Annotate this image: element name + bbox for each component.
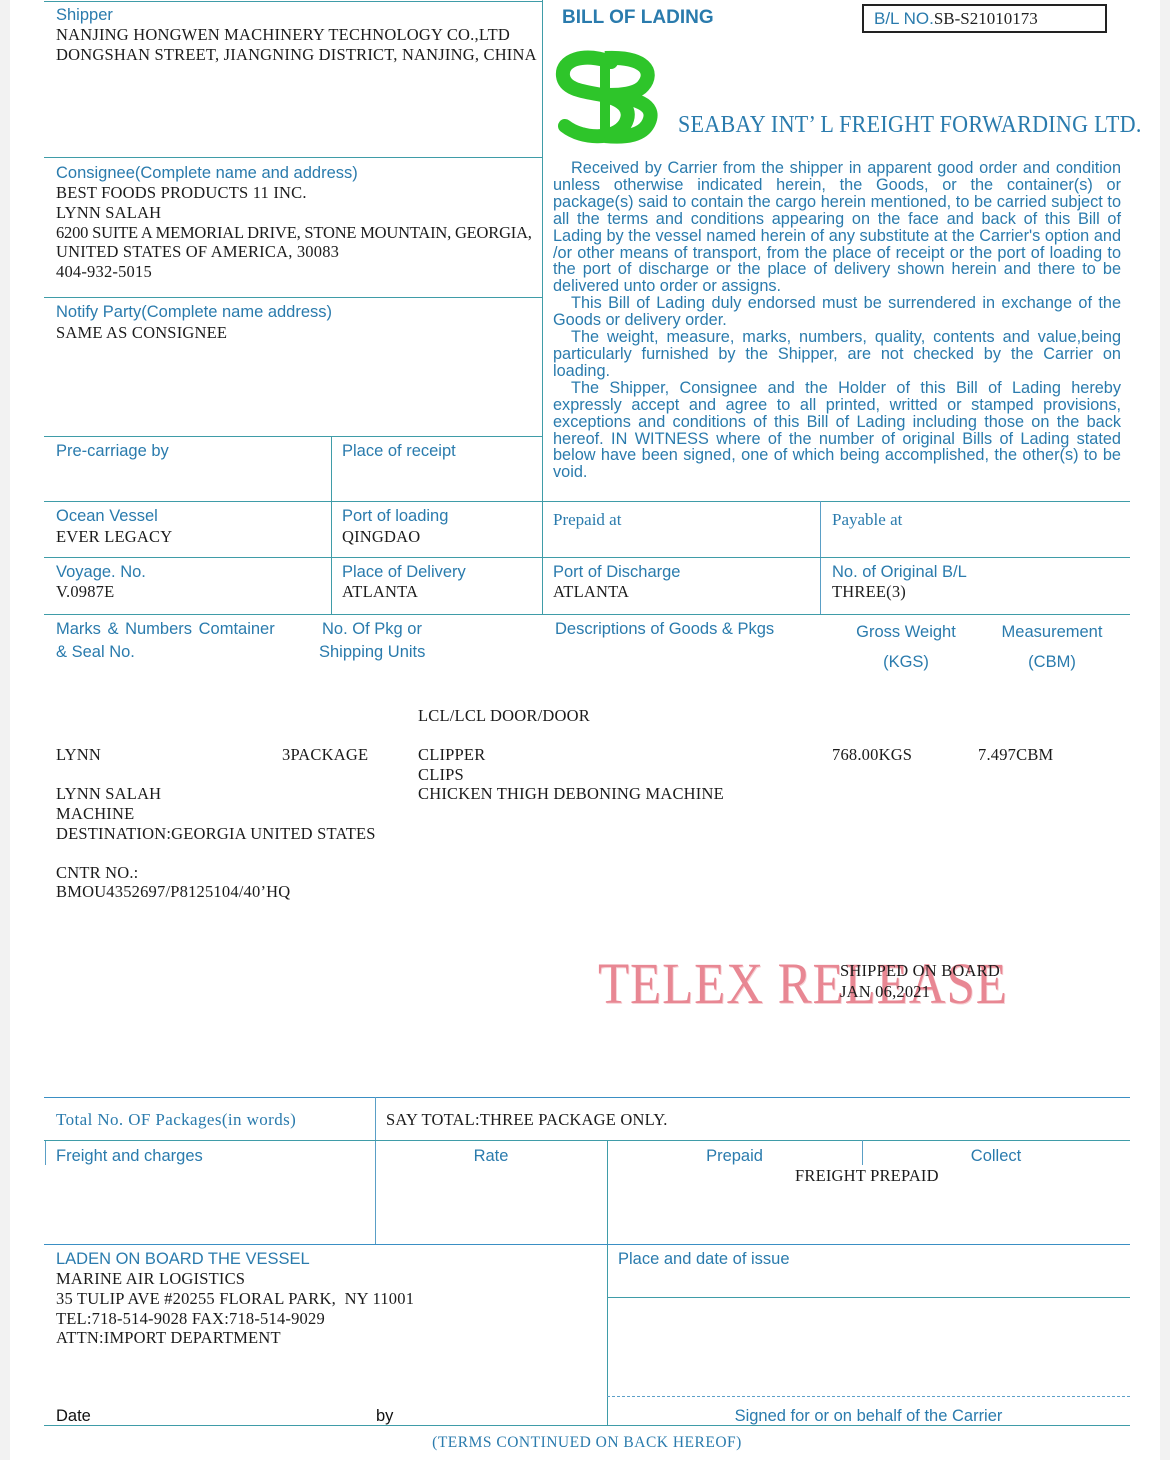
document-title: BILL OF LADING bbox=[562, 7, 714, 29]
freight-charges-label: Freight and charges bbox=[56, 1147, 203, 1166]
bl-number: SB-S21010173 bbox=[934, 9, 1038, 29]
laden-line: ATTN:IMPORT DEPARTMENT bbox=[56, 1328, 281, 1348]
packages-value: 3PACKAGE bbox=[282, 745, 368, 765]
description-line: CLIPS bbox=[418, 765, 464, 785]
marks-line: DESTINATION:GEORGIA UNITED STATES bbox=[56, 824, 376, 844]
place-of-delivery-value: ATLANTA bbox=[342, 582, 418, 602]
shipper-line-1: NANJING HONGWEN MACHINERY TECHNOLOGY CO.… bbox=[56, 25, 510, 45]
collect-label: Collect bbox=[862, 1147, 1130, 1166]
description-header: Descriptions of Goods & Pkgs bbox=[555, 620, 774, 639]
payable-at-label: Payable at bbox=[832, 510, 902, 530]
date-label: Date bbox=[56, 1407, 91, 1426]
total-packages-value: SAY TOTAL:THREE PACKAGE ONLY. bbox=[386, 1110, 668, 1130]
signed-for-carrier-label: Signed for or on behalf of the Carrier bbox=[607, 1407, 1130, 1426]
company-name: SEABAY INT’ L FREIGHT FORWARDING LTD. bbox=[678, 112, 1142, 139]
measurement-header: Measurement bbox=[986, 623, 1118, 642]
rule bbox=[44, 501, 1130, 502]
voyage-no-label: Voyage. No. bbox=[56, 563, 146, 582]
rule bbox=[44, 297, 542, 298]
rule bbox=[44, 436, 542, 437]
gross-weight-header: Gross Weight bbox=[840, 623, 972, 642]
gross-weight-value: 768.00KGS bbox=[832, 745, 912, 765]
freight-note: FREIGHT PREPAID bbox=[795, 1166, 939, 1186]
rule bbox=[542, 0, 543, 558]
rule bbox=[44, 557, 1130, 558]
rule bbox=[607, 1396, 1130, 1397]
marks-header: Marks & Numbers Comtainer bbox=[56, 620, 275, 639]
no-original-bl-value: THREE(3) bbox=[832, 582, 906, 602]
place-of-receipt-label: Place of receipt bbox=[342, 442, 456, 461]
page-edge-right bbox=[1160, 0, 1170, 1460]
consignee-line: LYNN SALAH bbox=[56, 203, 161, 223]
marks-line: MACHINE bbox=[56, 804, 134, 824]
pre-carriage-label: Pre-carriage by bbox=[56, 442, 169, 461]
notify-value: SAME AS CONSIGNEE bbox=[56, 323, 227, 343]
laden-label: LADEN ON BOARD THE VESSEL bbox=[56, 1250, 310, 1269]
packages-header-2: Shipping Units bbox=[319, 643, 425, 662]
consignee-line: UNITED STATES OF AMERICA, 30083 bbox=[56, 242, 339, 262]
rule bbox=[542, 557, 543, 614]
port-of-loading-label: Port of loading bbox=[342, 507, 448, 526]
seabay-logo-icon bbox=[553, 48, 663, 144]
laden-line: MARINE AIR LOGISTICS bbox=[56, 1269, 245, 1289]
place-of-delivery-label: Place of Delivery bbox=[342, 563, 466, 582]
rule bbox=[607, 1140, 608, 1425]
voyage-no-value: V.0987E bbox=[56, 582, 114, 602]
prepaid-label: Prepaid bbox=[607, 1147, 862, 1166]
description-line: CLIPPER bbox=[418, 745, 485, 765]
rule bbox=[44, 614, 1130, 615]
rule bbox=[44, 1244, 1130, 1245]
consignee-line: 6200 SUITE A MEMORIAL DRIVE, STONE MOUNT… bbox=[56, 223, 532, 243]
consignee-line: 404-932-5015 bbox=[56, 262, 152, 282]
bl-number-prefix: B/L NO. bbox=[874, 9, 934, 29]
bl-number-box: B/L NO.SB-S21010173 bbox=[862, 4, 1107, 33]
by-label: by bbox=[376, 1407, 393, 1426]
rule bbox=[45, 1141, 46, 1165]
no-original-bl-label: No. of Original B/L bbox=[832, 563, 967, 582]
measurement-value: 7.497CBM bbox=[978, 745, 1053, 765]
notify-label: Notify Party(Complete name address) bbox=[56, 303, 332, 322]
port-of-loading-value: QINGDAO bbox=[342, 527, 420, 547]
port-of-discharge-value: ATLANTA bbox=[553, 582, 629, 602]
terms-paragraph: The Shipper, Consignee and the Holder of… bbox=[553, 380, 1121, 481]
consignee-label: Consignee(Complete name and address) bbox=[56, 164, 358, 183]
shipper-label: Shipper bbox=[56, 6, 113, 25]
terms-continued-footer: (TERMS CONTINUED ON BACK HEREOF) bbox=[44, 1433, 1130, 1453]
rule bbox=[607, 1297, 1130, 1298]
marks-line: CNTR NO.: bbox=[56, 863, 138, 883]
measurement-unit: (CBM) bbox=[986, 653, 1118, 672]
page-edge-left bbox=[0, 0, 10, 1460]
rule bbox=[44, 1097, 1130, 1098]
rule bbox=[44, 1140, 1130, 1141]
rate-label: Rate bbox=[375, 1147, 607, 1166]
marks-line: LYNN bbox=[56, 745, 101, 765]
gross-weight-unit: (KGS) bbox=[840, 653, 972, 672]
shipped-date: JAN 06,2021 bbox=[840, 982, 930, 1002]
service-type: LCL/LCL DOOR/DOOR bbox=[418, 706, 590, 726]
port-of-discharge-label: Port of Discharge bbox=[553, 563, 680, 582]
packages-header: No. Of Pkg or bbox=[322, 620, 422, 639]
laden-line: 35 TULIP AVE #20255 FLORAL PARK, NY 1100… bbox=[56, 1289, 414, 1309]
terms-paragraph: The weight, measure, marks, numbers, qua… bbox=[553, 329, 1121, 380]
terms-paragraph: Received by Carrier from the shipper in … bbox=[553, 160, 1121, 295]
place-date-issue-label: Place and date of issue bbox=[618, 1250, 790, 1269]
total-packages-label: Total No. OF Packages(in words) bbox=[56, 1110, 296, 1130]
rule bbox=[331, 436, 332, 614]
rule bbox=[44, 157, 542, 158]
shipper-line-2: DONGSHAN STREET, JIANGNING DISTRICT, NAN… bbox=[56, 45, 537, 65]
prepaid-at-label: Prepaid at bbox=[553, 510, 621, 530]
rule bbox=[375, 1097, 376, 1244]
laden-line: TEL:718-514-9028 FAX:718-514-9029 bbox=[56, 1309, 325, 1329]
marks-line: LYNN SALAH bbox=[56, 784, 161, 804]
ocean-vessel-label: Ocean Vessel bbox=[56, 507, 158, 526]
terms-text: Received by Carrier from the shipper in … bbox=[553, 160, 1121, 481]
container-number: BMOU4352697/P8125104/40’HQ bbox=[56, 882, 290, 902]
consignee-line: BEST FOODS PRODUCTS 11 INC. bbox=[56, 183, 307, 203]
rule bbox=[44, 1, 542, 2]
description-line: CHICKEN THIGH DEBONING MACHINE bbox=[418, 784, 724, 804]
ocean-vessel-value: EVER LEGACY bbox=[56, 527, 172, 547]
marks-header-2: & Seal No. bbox=[56, 643, 135, 662]
terms-paragraph: This Bill of Lading duly endorsed must b… bbox=[553, 295, 1121, 329]
shipped-on-board: SHIPPED ON BOARD bbox=[840, 961, 1000, 981]
